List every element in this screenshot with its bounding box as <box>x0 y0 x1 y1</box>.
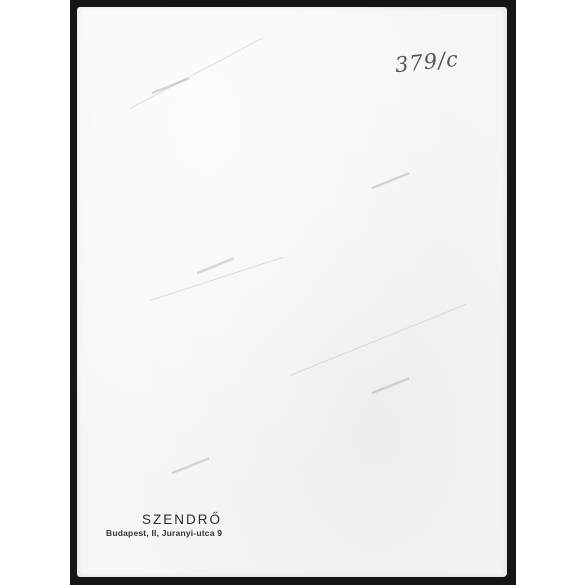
photographer-stamp-name: SZENDRŐ <box>124 512 240 527</box>
photographer-stamp-address: Budapest, II, Juranyi-utca 9 <box>106 528 222 538</box>
photo-back-paper <box>77 7 507 577</box>
